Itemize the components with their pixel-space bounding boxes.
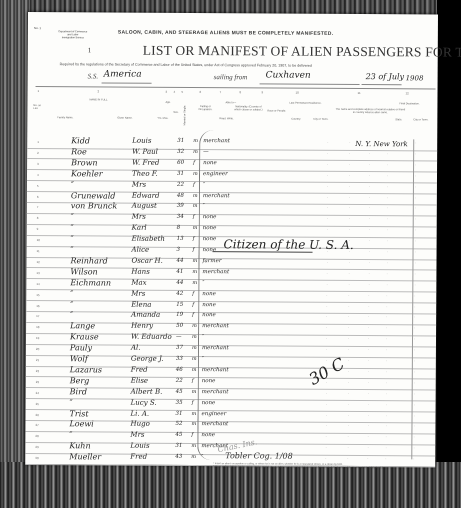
column-tick: ˈ [386,359,387,364]
column-tick: ˈ [326,293,327,298]
column-tick: ˈ [327,174,328,179]
column-tick: ˈ [327,217,328,222]
sailing-year: 1908 [406,74,424,82]
column-tick: ˈ [347,435,348,440]
row-number: 18 [36,325,39,329]
manifest-title: LIST OR MANIFEST OF ALIEN PASSENGERS FOR… [143,43,461,61]
family-name: Grunewald [71,191,116,200]
manifest-banner: SALOON, CABIN, AND STEERAGE ALIENS MUST … [118,30,334,37]
given-name: Fred [130,453,147,461]
column-tick: ˈ [368,381,369,386]
row-number: 16 [36,304,39,308]
age: 22 [177,182,184,188]
sex: m [193,138,198,144]
column-tick: ˈ [348,348,349,353]
requirement-text: Required by the regulations of the Secre… [60,62,312,68]
row-number: 1 [37,140,39,144]
age: 22 [176,378,183,384]
column-tick: ˈ [415,152,416,157]
column-tick: ˈ [414,370,415,375]
given-name: Amanda [131,311,160,319]
column-tick: ˈ [349,141,350,146]
sex: m [192,258,197,264]
age: 52 [175,421,182,427]
header-no: No. on List. [33,104,43,110]
column-tick: ˈ [415,196,416,201]
given-name: Alice [132,246,150,254]
given-name: Mrs [131,289,145,297]
column-tick: ˈ [386,305,387,310]
age: — [176,334,182,340]
row-number: 20 [36,347,39,351]
row-number: 11 [37,249,40,253]
column-tick: ˈ [414,261,415,266]
header-country: Country. [291,118,301,121]
column-numbers: 1 2 3 4 5 6 7 8 9 10 11 12 [27,89,437,98]
sex: m [192,356,197,362]
given-name: Edward [132,191,160,199]
officer-signature: Tobler Cog. 1/08 [225,451,292,460]
header-last-residence: Last Permanent Residence. [289,102,321,105]
column-tick: ˈ [327,184,328,189]
column-tick: ˈ [385,457,386,462]
sex: m [193,225,198,231]
column-tick: ˈ [348,413,349,418]
given-name: Karl [132,224,147,232]
row-number: 23 [36,380,39,384]
row-number: 13 [36,271,39,275]
age: 15 [176,301,183,307]
column-tick: ˈ [415,163,416,168]
column-tick: ˈ [385,446,386,451]
column-tick: ˈ [349,174,350,179]
age: 3 [177,247,181,253]
column-tick: ˈ [414,348,415,353]
form-number: 1 [88,46,92,54]
column-tick: ˈ [414,381,415,386]
sex: f [193,247,195,253]
column-tick: ˈ [325,435,326,440]
column-tick: ˈ [386,283,387,288]
column-tick: ˈ [368,315,369,320]
header-able-to: Able to— [225,101,236,104]
family-name: Wolf [70,354,88,363]
column-tick: ˈ [348,359,349,364]
column-tick: ˈ [326,402,327,407]
column-tick: ˈ [387,185,388,190]
sex: f [193,214,195,220]
family-name: Reinhard [70,256,107,265]
ship-underline [102,82,152,83]
row-number: 15 [36,293,39,297]
column-tick: ˈ [413,457,414,462]
row-number: 24 [36,391,39,395]
column-tick: ˈ [369,185,370,190]
department-label: Department of Commerce and Labor Immigra… [58,30,88,39]
column-tick: ˈ [325,424,326,429]
column-tick: ˈ [369,152,370,157]
age: 31 [177,171,184,177]
sex: f [193,236,195,242]
family-name: ″ [71,223,74,232]
age: 60 [177,160,184,166]
column-tick: ˈ [367,424,368,429]
column-tick: ˈ [413,425,414,430]
family-name: Roe [71,147,87,156]
column-tick: ˈ [349,217,350,222]
age: 50 [176,323,183,329]
given-name: Oscar H. [131,257,162,265]
header-city: City or Town. [313,118,328,121]
family-name: Berg [70,376,90,385]
column-tick: ˈ [368,272,369,277]
column-tick: ˈ [348,261,349,266]
row-number: 5 [37,184,39,188]
age: 42 [176,291,183,297]
row-number: 19 [36,336,39,340]
column-tick: ˈ [413,447,414,452]
family-name: Bird [70,387,87,396]
header-read-write: Read. Write. [219,117,233,120]
column-tick: ˈ [349,152,350,157]
age: 43 [175,454,182,460]
age: 45 [175,432,182,438]
row-number: 26 [36,413,39,417]
sex: f [193,160,195,166]
column-tick: ˈ [326,304,327,309]
family-name: Koehler [71,169,103,178]
age: 35 [176,400,183,406]
column-tick: ˈ [347,424,348,429]
row-number: 3 [37,162,39,166]
header-given-name: Given Name. [117,117,132,120]
header-relative: The name and complete address of nearest… [335,108,405,114]
header-family-name: Family Name. [57,116,73,119]
sex: f [192,378,194,384]
ship-prefix: S.S. [88,72,99,80]
family-name: ″ [70,311,73,320]
port-underline [260,83,360,85]
age: 37 [176,345,183,351]
row-number: 7 [37,205,39,209]
row-number: 9 [37,227,39,231]
row-number: 2 [37,151,39,155]
footnote: * Insert an alien's occupation or callin… [213,462,423,469]
header-yrs-mos: Yrs. Mos. [157,117,168,120]
column-tick: ˈ [369,228,370,233]
column-tick: ˈ [326,337,327,342]
column-tick: ˈ [386,337,387,342]
given-name: Elisabeth [132,235,165,243]
column-tick: ˈ [385,425,386,430]
row-number: 4 [37,173,39,177]
given-name: Al. [131,344,141,352]
column-tick: ˈ [386,381,387,386]
family-name: Pauly [70,343,92,352]
column-tick: ˈ [326,261,327,266]
age: 33 [176,356,183,362]
sex: m [193,193,198,199]
age: 31 [177,138,184,144]
column-tick: ˈ [387,152,388,157]
age: 13 [177,236,184,242]
family-name: Kidd [71,136,90,145]
family-name: Eichmann [70,278,111,287]
row-number: 27 [35,423,38,427]
header-sex: Sex. [173,111,178,114]
family-name: Kuhn [69,441,90,450]
sex: f [192,400,194,406]
column-tick: ˈ [414,327,415,332]
destination-note: N. Y. New York [355,140,408,148]
given-name: Max [131,278,146,286]
column-tick: ˈ [415,218,416,223]
manifest-page: No. 1 Department of Commerce and Labor I… [25,12,438,466]
sex: m [192,280,197,286]
family-name: ″ [71,234,74,243]
header-city-town: City or Town. [413,118,428,121]
given-name: W. Fred [132,158,159,166]
citizen-brace [197,130,214,460]
column-tick: ˈ [348,304,349,309]
sailing-label: sailing from [214,73,248,81]
family-name: Mueller [69,452,101,461]
sex: m [193,149,198,155]
age: 41 [176,269,183,275]
sex: m [192,411,197,417]
column-tick: ˈ [387,207,388,212]
row-number: 10 [37,238,40,242]
column-tick: ˈ [327,141,328,146]
column-tick: ˈ [387,174,388,179]
given-name: George J. [131,355,164,363]
column-tick: ˈ [326,348,327,353]
header-nationality: Nationality. (Country of which citizen o… [233,105,263,111]
column-tick: ˈ [387,250,388,255]
family-name: von Brunck [71,202,117,211]
column-tick: ˈ [367,435,368,440]
column-tick: ˈ [369,239,370,244]
age: 8 [177,225,181,231]
column-tick: ˈ [349,195,350,200]
column-tick: ˈ [369,196,370,201]
family-name: Lazarus [70,365,102,374]
given-name: Henry [131,322,153,330]
column-tick: ˈ [387,217,388,222]
sex: m [192,323,197,329]
age: 44 [176,280,183,286]
header-name: NAME IN FULL. [89,98,108,101]
column-tick: ˈ [368,305,369,310]
sex: m [191,454,196,460]
row-number: 12 [36,260,39,264]
column-tick: ˈ [387,228,388,233]
column-tick: ˈ [387,196,388,201]
column-tick: ˈ [347,457,348,462]
family-name: ″ [69,431,72,440]
sex: m [193,203,198,209]
row-number: 6 [37,195,39,199]
column-tick: ˈ [369,206,370,211]
column-tick: ˈ [414,283,415,288]
given-name: Albert B. [131,387,163,395]
sex: f [192,302,194,308]
row-number: 29 [35,445,38,449]
sex: m [193,171,198,177]
column-tick: ˈ [368,337,369,342]
age: 45 [176,389,183,395]
sex: m [191,421,196,427]
column-tick: ˈ [327,195,328,200]
sex: m [192,367,197,373]
column-tick: ˈ [348,381,349,386]
column-tick: ˈ [414,403,415,408]
column-headers: No. on List. NAME IN FULL. Family Name. … [27,98,437,137]
column-tick: ˈ [368,283,369,288]
column-tick: ˈ [368,403,369,408]
age: 34 [177,214,184,220]
sex: m [192,269,197,275]
column-tick: ˈ [348,392,349,397]
age: 39 [177,203,184,209]
family-name: Lange [70,322,95,331]
column-tick: ˈ [326,283,327,288]
age: 48 [177,192,184,198]
column-tick: ˈ [386,414,387,419]
column-tick: ˈ [349,185,350,190]
age: 31 [175,443,182,449]
column-tick: ˈ [368,348,369,353]
column-tick: ˈ [369,250,370,255]
column-tick: ˈ [386,392,387,397]
ship-info-line: S.S. America sailing from Cuxhaven 23 of… [88,72,423,86]
passenger-table: 1KiddLouis31mmerchantˈˈˈˈˈ2RoeW. Paul32m… [27,136,437,139]
column-tick: ˈ [415,239,416,244]
column-tick: ˈ [369,174,370,179]
column-tick: ˈ [413,436,414,441]
header-race: Race or People. [267,109,286,112]
column-tick: ˈ [414,392,415,397]
column-tick: ˈ [386,348,387,353]
sailing-date: 23 of July [366,72,405,81]
column-tick: ˈ [414,414,415,419]
column-tick: ˈ [349,228,350,233]
column-tick: ˈ [414,305,415,310]
family-name: Trist [70,409,89,418]
column-tick: ˈ [348,315,349,320]
given-name: Theo F. [132,169,158,177]
column-tick: ˈ [326,315,327,320]
age: 32 [177,149,184,155]
column-tick: ˈ [368,326,369,331]
column-tick: ˈ [415,185,416,190]
column-tick: ˈ [327,163,328,168]
column-tick: ˈ [387,163,388,168]
row-number: 21 [36,358,39,362]
header-age: Age. [165,101,170,104]
age: 31 [176,410,183,416]
column-tick: ˈ [368,370,369,375]
column-tick: ˈ [386,261,387,266]
age: 46 [176,367,183,373]
ship-name: America [104,69,142,79]
given-name: Li. A. [131,409,150,417]
column-tick: ˈ [414,338,415,343]
column-tick: ˈ [325,457,326,462]
column-tick: ˈ [386,294,387,299]
sex: m [192,345,197,351]
column-tick: ˈ [348,370,349,375]
column-tick: ˈ [347,446,348,451]
column-tick: ˈ [385,435,386,440]
row-number: 8 [37,216,39,220]
column-tick: ˈ [367,446,368,451]
column-tick: ˈ [367,457,368,462]
column-tick: ˈ [386,403,387,408]
column-tick: ˈ [368,359,369,364]
family-name: Loewi [69,420,93,429]
column-tick: ˈ [369,217,370,222]
family-name: ″ [70,300,73,309]
sex: f [191,432,193,438]
column-tick: ˈ [386,370,387,375]
given-name: Fred [131,366,148,374]
sex: m [192,389,197,395]
family-name: ″ [70,289,73,298]
column-tick: ˈ [368,294,369,299]
column-tick: ˈ [327,228,328,233]
family-name: ″ [70,398,73,407]
column-tick: ˈ [348,403,349,408]
given-name: Hans [131,267,149,275]
date-underline [362,84,402,85]
given-name: Hugo [130,420,149,428]
age: 19 [176,312,183,318]
family-name: ″ [71,180,74,189]
given-name: Mrs [130,431,144,439]
column-tick: ˈ [325,446,326,451]
column-tick: ˈ [327,152,328,157]
citizenship-note: Citizen of the U. S. A. [224,237,354,252]
given-name: Lucy S. [131,398,157,406]
column-tick: ˈ [326,413,327,418]
column-tick: ˈ [414,359,415,364]
column-tick: ˈ [368,392,369,397]
given-name: Louis [132,137,151,145]
column-tick: ˈ [348,283,349,288]
column-tick: ˈ [414,294,415,299]
header-state: State. [395,118,402,121]
column-tick: ˈ [369,163,370,168]
given-name: W. Paul [132,148,158,156]
row-number: 17 [36,314,39,318]
column-tick: ˈ [386,326,387,331]
sex: f [193,182,195,188]
sex: m [191,443,196,449]
header-final-destination: Final Destination. [399,102,419,105]
header-married: Married or Single. [183,105,186,126]
given-name: Elise [131,376,148,384]
column-tick: ˈ [386,272,387,277]
sex: m [192,334,197,340]
column-tick: ˈ [368,414,369,419]
row-number: 22 [36,369,39,373]
column-tick: ˈ [326,272,327,277]
column-tick: ˈ [368,261,369,266]
family-name: Krause [70,332,99,341]
column-tick: ˈ [415,174,416,179]
family-name: Brown [71,158,98,167]
